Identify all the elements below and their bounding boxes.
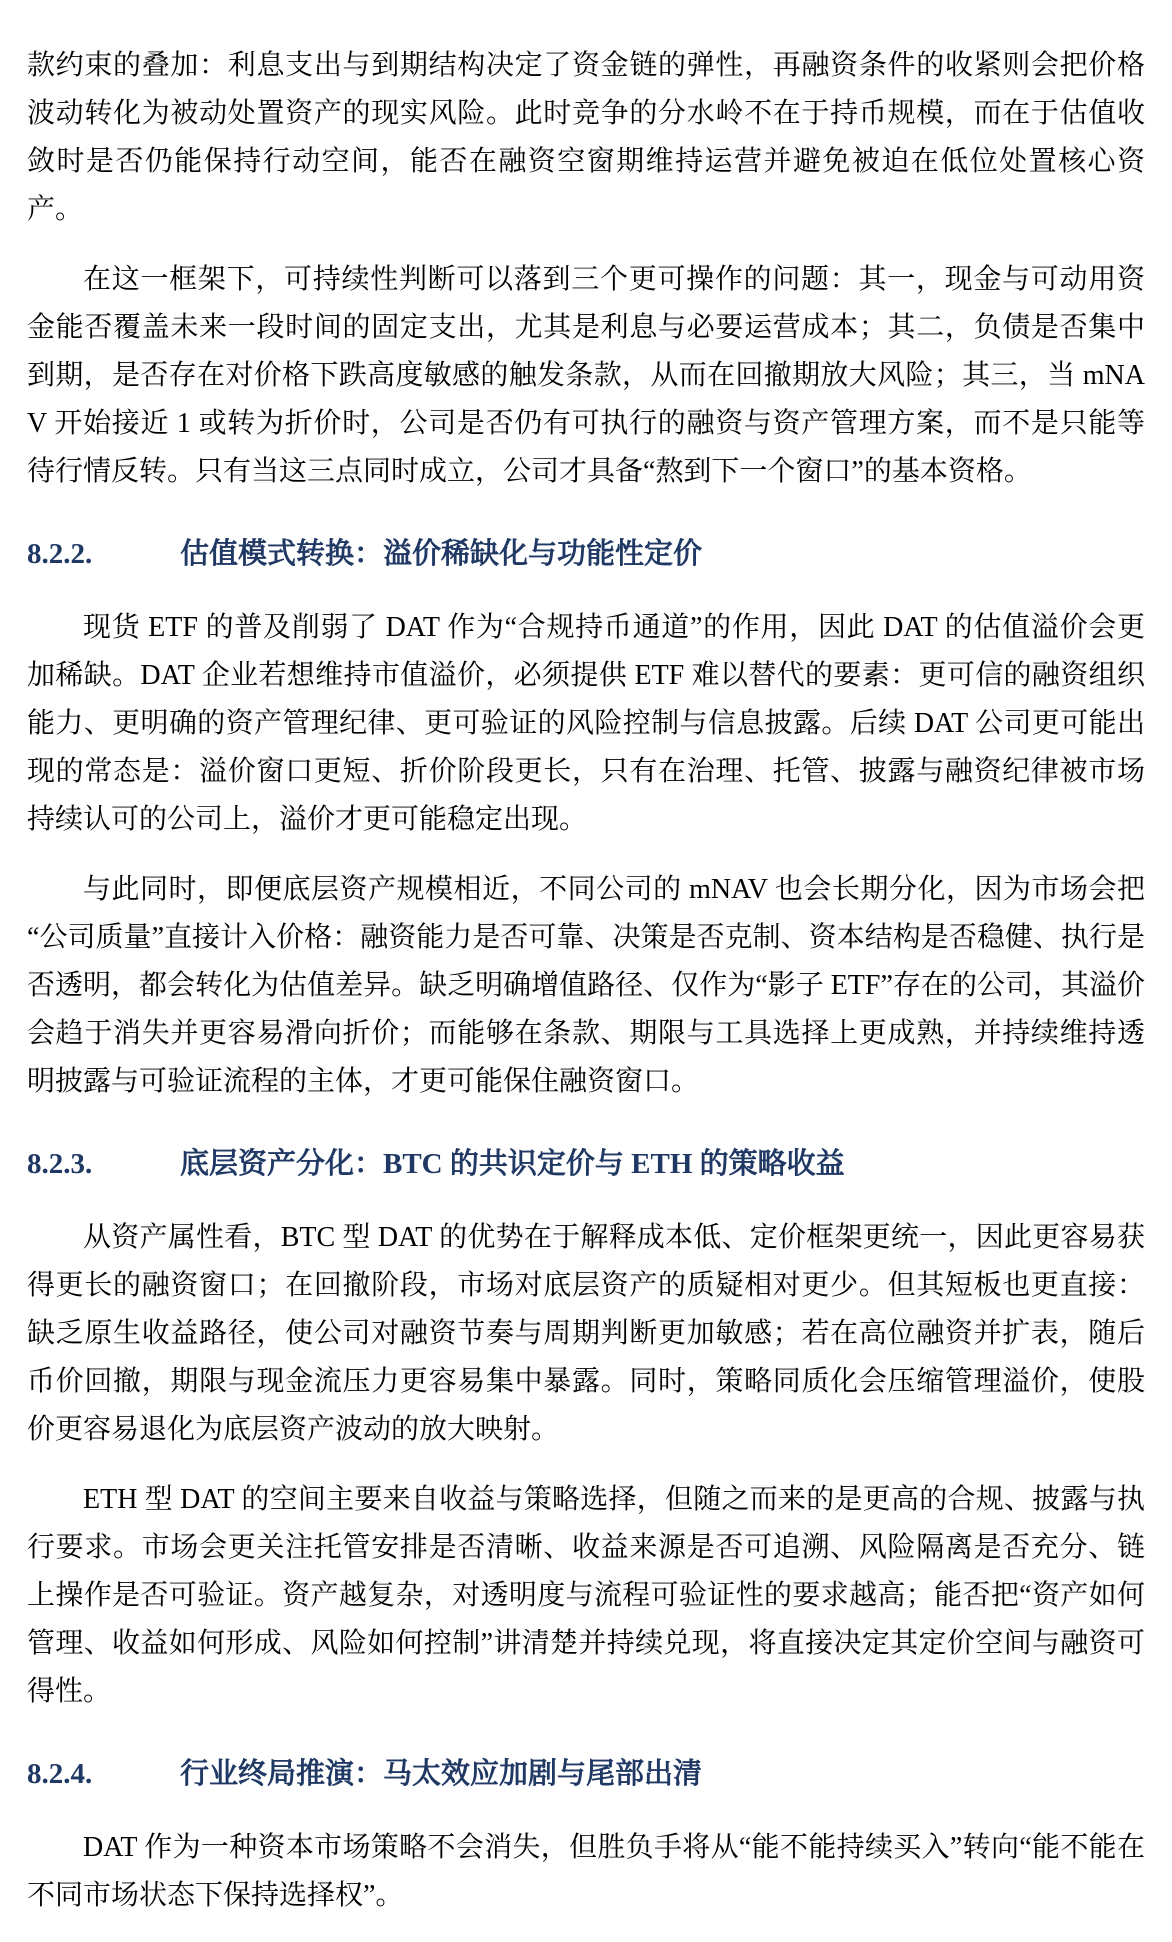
section-heading: 8.2.2.估值模式转换：溢价稀缺化与功能性定价 [27,530,1145,578]
section-number: 8.2.2. [27,530,180,578]
body-paragraph: 与此同时，即便底层资产规模相近，不同公司的 mNAV 也会长期分化，因为市场会把… [27,866,1145,1106]
body-paragraph: DAT 作为一种资本市场策略不会消失，但胜负手将从“能不能持续买入”转向“能不能… [27,1824,1145,1920]
section-number: 8.2.3. [27,1140,180,1188]
section-number: 8.2.4. [27,1750,180,1798]
section-title: 行业终局推演：马太效应加剧与尾部出清 [180,1750,1145,1798]
body-paragraph: 从资产属性看，BTC 型 DAT 的优势在于解释成本低、定价框架更统一，因此更容… [27,1214,1145,1454]
body-paragraph: ETH 型 DAT 的空间主要来自收益与策略选择，但随之而来的是更高的合规、披露… [27,1476,1145,1716]
document-page: 款约束的叠加：利息支出与到期结构决定了资金链的弹性，再融资条件的收紧则会把价格波… [27,42,1145,1920]
section-title: 估值模式转换：溢价稀缺化与功能性定价 [180,530,1145,578]
section-heading: 8.2.3.底层资产分化：BTC 的共识定价与 ETH 的策略收益 [27,1140,1145,1188]
section-heading: 8.2.4.行业终局推演：马太效应加剧与尾部出清 [27,1750,1145,1798]
body-paragraph: 款约束的叠加：利息支出与到期结构决定了资金链的弹性，再融资条件的收紧则会把价格波… [27,42,1145,234]
body-paragraph: 现货 ETF 的普及削弱了 DAT 作为“合规持币通道”的作用，因此 DAT 的… [27,604,1145,844]
section-title: 底层资产分化：BTC 的共识定价与 ETH 的策略收益 [180,1140,1145,1188]
body-paragraph: 在这一框架下，可持续性判断可以落到三个更可操作的问题：其一，现金与可动用资金能否… [27,256,1145,496]
